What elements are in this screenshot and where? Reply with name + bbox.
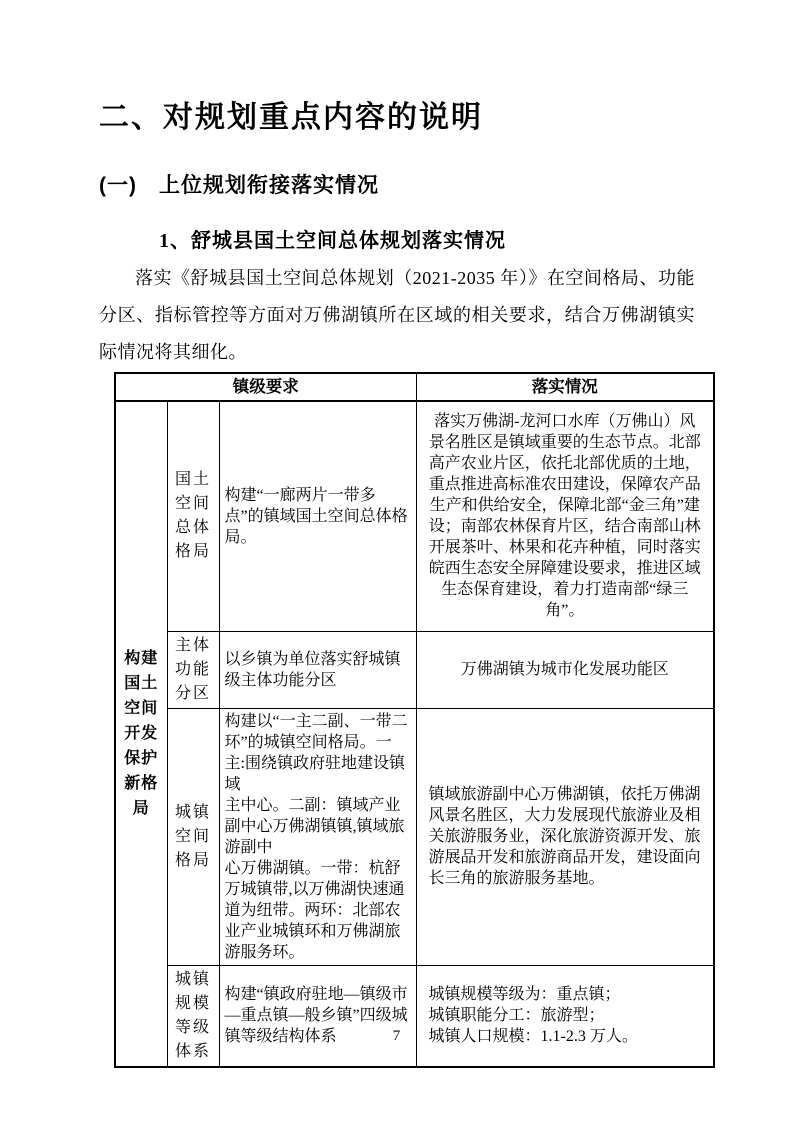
row-group-label: 构建国土空间开发保护新格局 (115, 401, 167, 1067)
table-row: 构建国土空间开发保护新格局 国土空间总体格局 构建“一廊两片一带多点”的镇域国土… (115, 401, 714, 631)
table-row: 城镇规模等级体系 构建“镇政府驻地—镇级市—重点镇—般乡镇”四级城镇等级结构体系… (115, 965, 714, 1067)
category-cell: 主体功能分区 (167, 631, 219, 708)
implementation-cell: 镇域旅游副中心万佛湖镇，依托万佛湖风景名胜区，大力发展现代旅游业及相关旅游服务业… (416, 708, 714, 965)
table-header-implementation: 落实情况 (416, 373, 714, 401)
intro-paragraph: 落实《舒城县国土空间总体规划（2021-2035 年）》在空间格局、功能分区、指… (99, 260, 695, 371)
table-header-row: 镇级要求 落实情况 (115, 373, 714, 401)
requirement-cell: 构建“镇政府驻地—镇级市—重点镇—般乡镇”四级城镇等级结构体系 (219, 965, 416, 1067)
document-page: 二、对规划重点内容的说明 (一) 上位规划衔接落实情况 1、舒城县国土空间总体规… (0, 0, 793, 1122)
requirement-cell: 以乡镇为单位落实舒城镇级主体功能分区 (219, 631, 416, 708)
requirement-cell: 构建以“一主二副、一带二环”的城镇空间格局。一主:围绕镇政府驻地建设镇域 主中心… (219, 708, 416, 965)
section-heading: (一) 上位规划衔接落实情况 (99, 169, 379, 199)
subsection-heading: 1、舒城县国土空间总体规划落实情况 (159, 224, 506, 253)
table-row: 城镇空间格局 构建以“一主二副、一带二环”的城镇空间格局。一主:围绕镇政府驻地建… (115, 708, 714, 965)
page-number: 7 (0, 1028, 793, 1045)
implementation-cell: 城镇规模等级为：重点镇； 城镇职能分工：旅游型； 城镇人口规模：1.1-2.3 … (416, 965, 714, 1067)
category-cell: 国土空间总体格局 (167, 401, 219, 631)
planning-table: 镇级要求 落实情况 构建国土空间开发保护新格局 国土空间总体格局 构建“一廊两片… (114, 372, 715, 1068)
implementation-cell: 落实万佛湖-龙河口水库（万佛山）风景名胜区是镇域重要的生态节点。北部高产农业片区… (416, 401, 714, 631)
doc-title: 二、对规划重点内容的说明 (99, 92, 483, 136)
table-row: 主体功能分区 以乡镇为单位落实舒城镇级主体功能分区 万佛湖镇为城市化发展功能区 (115, 631, 714, 708)
category-cell: 城镇规模等级体系 (167, 965, 219, 1067)
implementation-cell: 万佛湖镇为城市化发展功能区 (416, 631, 714, 708)
table-header-requirements: 镇级要求 (115, 373, 416, 401)
category-cell: 城镇空间格局 (167, 708, 219, 965)
requirement-cell: 构建“一廊两片一带多点”的镇域国土空间总体格局。 (219, 401, 416, 631)
